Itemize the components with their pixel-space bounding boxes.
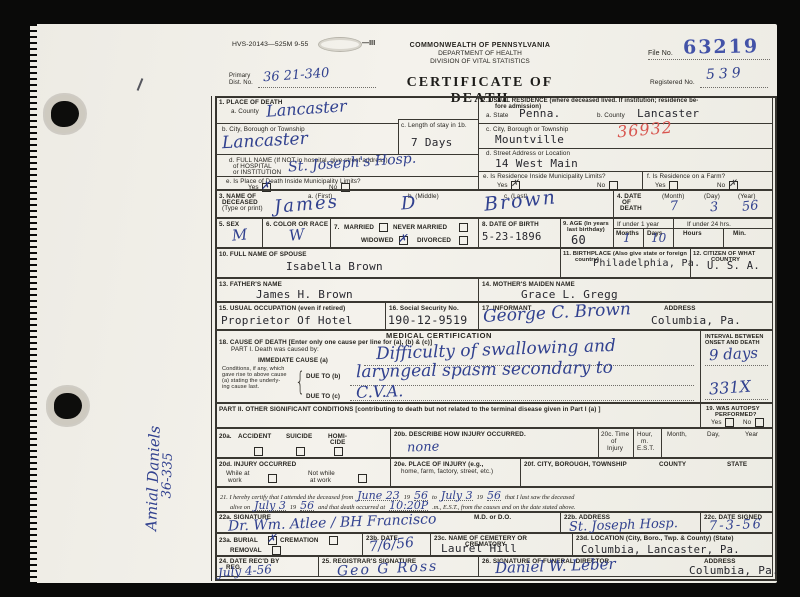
s20b-value: none	[407, 440, 440, 454]
s19-yes-label: Yes	[711, 419, 722, 426]
field-23a-burial-cremation: 23a. BURIAL CREMATION REMOVAL	[215, 533, 363, 556]
s26-address-value: Columbia, Pa.	[689, 566, 779, 576]
s20f-state-label: STATE	[727, 461, 747, 468]
s2-farm-yes-label: Yes	[655, 182, 666, 189]
s2-state-label: a. State	[486, 112, 509, 119]
s10-heading: 10. FULL NAME OF SPOUSE	[219, 251, 307, 258]
s18-due-c-label: DUE TO (c)	[306, 393, 340, 400]
s21-line2: alive on July 3 19 56 and that death occ…	[230, 501, 576, 512]
field-6-color-or-race: 6. COLOR OR RACE W	[262, 218, 331, 248]
s9-under24-label: If under 24 hrs.	[687, 221, 731, 228]
field-17-informant: 17. INFORMANT ADDRESS George C. Brown Co…	[478, 302, 773, 330]
field-4-date-of-death: 4. DATE OF DEATH (Month) (Day) (Year) 7 …	[613, 190, 773, 218]
s18-cause-b-value: laryngeal spasm secondary to	[356, 362, 613, 379]
s2-street-value: 14 West Main	[495, 159, 578, 169]
s23d-heading: 23d. LOCATION (City, Boro., Twp. & Count…	[576, 535, 734, 542]
s20a-accident-label: ACCIDENT	[238, 433, 271, 440]
s20a-homicide-label2: CIDE	[330, 439, 345, 446]
s4-day-value: 3	[709, 201, 718, 215]
field-8-date-of-birth: 8. DATE OF BIRTH 5-23-1896	[478, 218, 561, 248]
s1-stay-value: 7 Days	[411, 138, 453, 148]
s21-text4: and that death occurred at	[318, 503, 385, 512]
perforated-edge	[30, 24, 37, 583]
rule-line	[673, 219, 674, 247]
field-2-usual-residence: 2. USUAL RESIDENCE (where deceased lived…	[478, 96, 773, 190]
s20a-number: 20a.	[219, 433, 232, 440]
s21-text5: .m., E.S.T., from the causes and on the …	[432, 503, 575, 512]
s20c-year-label: Year	[745, 431, 758, 438]
s19-no-label: No	[743, 419, 751, 426]
s2-no-checkbox	[609, 181, 618, 190]
field-22a-signature: 22a. SIGNATURE M.D. or D.O. Dr. Wm. Atle…	[215, 512, 561, 533]
s2-state-value: Penna.	[519, 109, 561, 119]
rule-line	[661, 429, 662, 457]
s18-due-b-label: DUE TO (b)	[306, 373, 340, 380]
field-12-citizen: 12. CITIZEN OF WHAT COUNTRY U. S. A.	[690, 248, 773, 278]
field-22b-address: 22b. ADDRESS St. Joseph Hosp.	[560, 512, 701, 533]
primary-dist-label2: Dist. No.	[229, 80, 253, 87]
s19-yes-checkbox	[725, 418, 734, 427]
s5-value: M	[231, 228, 247, 242]
s20d-while-checkbox	[268, 474, 277, 483]
s2-farm-label: f. Is Residence on a Farm?	[647, 173, 725, 180]
s6-value: W	[288, 228, 305, 243]
s17-informant-signature: George C. Brown	[483, 303, 631, 324]
field-22c-date-signed: 22c. DATE SIGNED 7-3-56	[700, 512, 773, 533]
s20a-accident-checkbox	[254, 447, 263, 456]
field-26-funeral-director: 26. SIGNATURE OF FUNERAL DIRECTOR ADDRES…	[478, 556, 773, 577]
s1-length-of-stay-box: c. Length of stay in 1b. 7 Days	[398, 119, 478, 155]
field-23b-date: 23b. DATE 7/6/56	[362, 533, 431, 556]
s18-immediate-cause-label: IMMEDIATE CAUSE (a)	[258, 357, 328, 364]
s3-first-value: James	[274, 195, 340, 214]
s4-heading3: DEATH	[620, 205, 642, 212]
s13-value: James H. Brown	[256, 290, 353, 300]
rule-line	[705, 399, 768, 400]
s21-to-date: July 3	[441, 491, 473, 501]
s23a-removal-label: REMOVAL	[230, 547, 262, 554]
field-20b-how-injury-occurred: 20b. DESCRIBE HOW INJURY OCCURRED. none	[390, 428, 599, 458]
embossed-seal-icon	[318, 37, 362, 52]
s12-value: U. S. A.	[707, 261, 760, 271]
field-16-ssn: 16. Social Security No. 190-12-9519	[385, 302, 479, 330]
rule-line	[642, 171, 643, 189]
field-18-cause-of-death: MEDICAL CERTIFICATION 18. CAUSE OF DEATH…	[215, 330, 701, 403]
rule-line	[216, 176, 478, 177]
part2-heading: PART II. OTHER SIGNIFICANT CONDITIONS [c…	[219, 406, 697, 413]
field-1-place-of-death: 1. PLACE OF DEATH a. County Lancaster b.…	[215, 96, 479, 190]
file-no-stamp: 63219	[683, 35, 759, 58]
s9-days-value: 10	[651, 232, 666, 245]
s2-limits-label: e. Is Residence Inside Municipality Limi…	[483, 173, 606, 180]
s20c-est-label: E.S.T.	[637, 445, 654, 452]
s23a-cremation-checkbox	[329, 536, 338, 545]
field-23c-cemetery: 23c. NAME OF CEMETERY OR CREMATORY Laure…	[430, 533, 573, 556]
s18-part1-label: PART I. Death was caused by:	[231, 346, 319, 353]
s9-months-value: 1	[623, 232, 631, 245]
s14-value: Grace L. Gregg	[521, 290, 618, 300]
s7-married-checkbox	[379, 223, 388, 232]
s15-heading: 15. USUAL OCCUPATION (even if retired)	[219, 305, 345, 312]
s23a-burial-checkbox	[268, 536, 277, 545]
s2-farm-yes-checkbox	[669, 181, 678, 190]
field-part2-conditions: PART II. OTHER SIGNIFICANT CONDITIONS [c…	[215, 403, 701, 428]
s20d-notwhile-checkbox	[358, 474, 367, 483]
rule-line	[705, 365, 768, 366]
s20f-county-label: COUNTY	[659, 461, 686, 468]
field-20d-injury-occurred: 20d. INJURY OCCURRED While at work Not w…	[215, 458, 391, 487]
s2-yes-checkbox	[511, 181, 520, 190]
field-15-occupation: 15. USUAL OCCUPATION (even if retired) P…	[215, 302, 386, 330]
s2-no-label: No	[597, 182, 605, 189]
rule-line	[723, 228, 724, 247]
s20d-heading: 20d. INJURY OCCURRED	[219, 461, 296, 468]
rule-line	[258, 87, 376, 88]
field-21-certification-statement: 21. I hereby certify that I attended the…	[215, 487, 773, 512]
s23a-burial-label: 23a. BURIAL	[219, 537, 258, 544]
s19-no-checkbox	[755, 418, 764, 427]
s7-never-married-label: NEVER MARRIED	[393, 224, 447, 231]
agency-header: COMMONWEALTH OF PENNSYLVANIA DEPARTMENT …	[385, 42, 575, 66]
s7-married-label: MARRIED	[344, 224, 374, 231]
s23a-cremation-label: CREMATION	[280, 537, 319, 544]
s23d-value: Columbia, Lancaster, Pa.	[581, 545, 740, 555]
s15-value: Proprietor Of Hotel	[221, 316, 353, 326]
gov-line1: COMMONWEALTH OF PENNSYLVANIA	[385, 42, 575, 49]
field-20f-city-county-state: 20f. CITY, BOROUGH, TOWNSHIP COUNTY STAT…	[520, 458, 773, 487]
s20c-month-label: Month,	[667, 431, 687, 438]
s11-value: Philadelphia, Pa.	[593, 259, 700, 269]
s4-month-value: 7	[669, 200, 678, 214]
s20a-homicide-checkbox	[334, 447, 343, 456]
s2-yes-label: Yes	[497, 182, 508, 189]
rule-line	[648, 59, 770, 60]
s21-19c: 19	[290, 503, 296, 512]
s10-value: Isabella Brown	[286, 262, 383, 272]
field-20c-time-of-injury: 20c. Time of Injury Hour, m. E.S.T. Mont…	[598, 428, 773, 458]
field-23d-location: 23d. LOCATION (City, Boro., Twp. & Count…	[572, 533, 773, 556]
gov-line2: DEPARTMENT OF HEALTH	[385, 50, 575, 57]
s20c-time-label3: Injury	[607, 445, 623, 452]
s20d-while-label2: work	[228, 477, 242, 484]
field-13-father: 13. FATHER'S NAME James H. Brown	[215, 278, 479, 302]
s7-never-married-checkbox	[459, 223, 468, 232]
s18-cause-c-value: C.V.A.	[356, 384, 404, 399]
s22a-md-label: M.D. or D.O.	[474, 514, 511, 521]
s22b-value: St. Joseph Hosp.	[569, 517, 678, 534]
s2-farm-no-checkbox	[729, 181, 738, 190]
s8-heading: 8. DATE OF BIRTH	[482, 221, 539, 228]
s3-middle-value: D	[401, 197, 416, 211]
s16-heading: 16. Social Security No.	[389, 305, 459, 312]
rule-line	[643, 228, 644, 247]
s20d-notwhile-label2: at work	[310, 477, 331, 484]
rule-line	[479, 148, 772, 149]
s7-widowed-checkbox	[399, 236, 408, 245]
s1-county-label: a. County	[231, 108, 259, 115]
seal-suffix: —III	[362, 40, 375, 47]
s9-hours-label: Hours	[683, 230, 702, 237]
field-20a-accident-suicide-homicide: 20a. ACCIDENT SUICIDE HOMI- CIDE	[215, 428, 391, 458]
field-interval-onset-death: INTERVAL BETWEEN ONSET AND DEATH 9 days …	[700, 330, 773, 403]
field-20e-place-of-injury: 20e. PLACE OF INJURY (e.g., home, farm, …	[390, 458, 521, 487]
s18-brace-glyph: {	[295, 367, 305, 397]
s22c-value: 7-3-56	[709, 518, 763, 533]
s1-stay-label: c. Length of stay in 1b.	[401, 122, 475, 129]
field-10-spouse: 10. FULL NAME OF SPOUSE Isabella Brown	[215, 248, 561, 278]
s4-year-value: 56	[741, 199, 759, 214]
s1-county-value: Lancaster	[266, 99, 347, 118]
s20a-suicide-label: SUICIDE	[286, 433, 312, 440]
s20f-heading: 20f. CITY, BOROUGH, TOWNSHIP	[524, 461, 627, 468]
s3-last-value: Brown	[484, 191, 558, 212]
s23a-removal-checkbox	[272, 546, 281, 555]
s26-funeral-director-signature: Daniel W. Leber	[495, 558, 616, 575]
s2-red-code-stamp: 36932	[617, 121, 674, 139]
s20c-day-label: Day,	[707, 431, 720, 438]
s20a-suicide-checkbox	[296, 447, 305, 456]
field-11-birthplace: 11. BIRTHPLACE (Also give state or forei…	[560, 248, 691, 278]
rule-line	[350, 400, 694, 401]
form-number: HVS-20143—525M 9-55	[232, 41, 308, 48]
s21-time-value: 10:20P	[389, 501, 428, 511]
s8-value: 5-23-1896	[482, 232, 542, 242]
field-19-autopsy: 19. WAS AUTOPSY PERFORMED? Yes No	[700, 403, 773, 428]
s21-alive-date: July 3	[254, 501, 286, 511]
field-5-sex: 5. SEX M	[215, 218, 263, 248]
registered-value: 539	[706, 67, 745, 82]
cause-code-value: 331X	[709, 380, 752, 396]
s2-farm-no-label: No	[717, 182, 725, 189]
field-7-marital-status: 7. MARRIED NEVER MARRIED WIDOWED DIVORCE…	[330, 218, 479, 248]
file-no-label: File No.	[648, 50, 673, 57]
s23b-value: 7/6/56	[368, 537, 414, 555]
s17-address-value: Columbia, Pa.	[651, 316, 741, 326]
s9-min-label: Min.	[733, 230, 746, 237]
s21-alive-year: 56	[300, 501, 314, 511]
s7-divorced-checkbox	[459, 236, 468, 245]
field-24-date-received: 24. DATE REC'D BY REG. July 4-56	[215, 556, 319, 577]
rule-line	[613, 219, 614, 247]
rule-line	[216, 123, 399, 124]
s2-city-value: Mountville	[495, 135, 564, 145]
field-25-registrar-signature: 25. REGISTRAR'S SIGNATURE Geo G Ross	[318, 556, 479, 577]
s21-to-year: 56	[487, 491, 501, 501]
s23c-value: Laurel Hill	[441, 544, 517, 554]
s25-registrar-signature: Geo G Ross	[337, 560, 439, 578]
photo-background: { "colors":{"paper":"#f2f0e9","ink_blue"…	[0, 0, 800, 597]
s7-widowed-label: WIDOWED	[361, 237, 394, 244]
s16-value: 190-12-9519	[388, 315, 467, 325]
s18-cond-label4: ing cause last.	[222, 384, 259, 391]
gov-line3: DIVISION OF VITAL STATISTICS	[385, 58, 575, 65]
registered-label: Registered No.	[650, 79, 695, 86]
s1-hospital-value: St. Joseph's Hosp.	[288, 153, 417, 175]
s9-age-value: 60	[571, 235, 586, 245]
interval-value: 9 days	[709, 347, 759, 363]
s17-address-label: ADDRESS	[664, 305, 696, 312]
s7-number: 7.	[334, 224, 339, 231]
rule-line	[700, 87, 768, 88]
s2-county-label: b. County	[597, 112, 625, 119]
s3-heading3: (Type or print)	[222, 205, 263, 212]
s1-city-value: Lancaster	[222, 133, 308, 150]
field-3-name-of-deceased: 3. NAME OF DECEASED (Type or print) a. (…	[215, 190, 614, 218]
field-9-age: 9. AGE (In years last birthday) 60 If un…	[560, 218, 773, 248]
s20e-heading2: home, farm, factory, street, etc.)	[401, 468, 493, 475]
s21-text3: alive on	[230, 503, 250, 512]
s7-divorced-label: DIVORCED	[417, 237, 451, 244]
rule-line	[479, 171, 772, 172]
s20b-heading: 20b. DESCRIBE HOW INJURY OCCURRED.	[394, 431, 526, 438]
rule-line	[633, 429, 634, 457]
